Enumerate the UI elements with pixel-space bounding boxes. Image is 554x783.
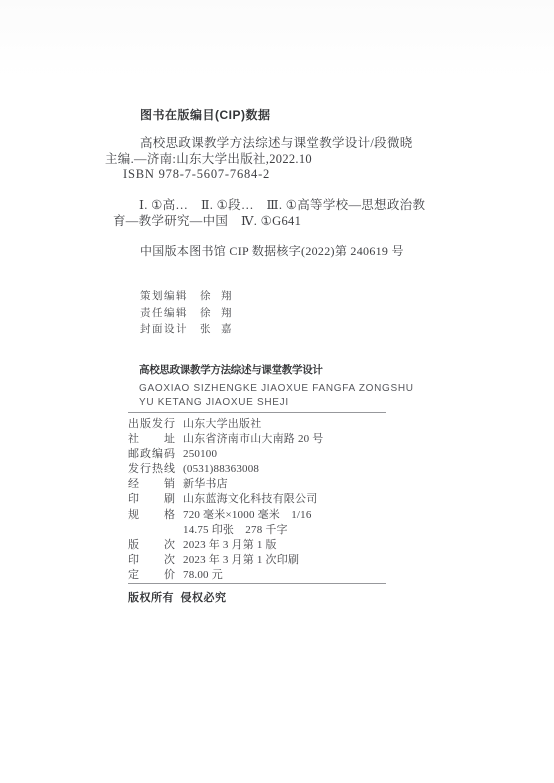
- book-title-pinyin-line1: GAOXIAO SIZHENGKE JIAOXUE FANGFA ZONGSHU: [139, 382, 414, 396]
- publication-label: 规格: [128, 508, 175, 523]
- publication-row: 定价78.00 元: [128, 568, 324, 583]
- publication-value: 2023 年 3 月第 1 次印刷: [183, 554, 299, 566]
- cip-description: 高校思政课教学方法综述与课堂教学设计/段微晓 主编.—济南:山东大学出版社,20…: [105, 136, 413, 183]
- credit-label: 封面设计: [140, 324, 188, 335]
- publication-value: 78.00 元: [183, 569, 223, 581]
- publication-label: 印刷: [128, 492, 175, 507]
- cip-classification-line1: Ⅰ. ①高… Ⅱ. ①段… Ⅲ. ①高等学校—思想政治教: [113, 197, 425, 213]
- publication-value: 14.75 印张 278 千字: [183, 524, 288, 536]
- cip-description-line2: 主编.—济南:山东大学出版社,2022.10: [105, 152, 413, 168]
- publication-info: 出版发行山东大学出版社 社址山东省济南市山大南路 20 号 邮政编码250100…: [128, 417, 324, 583]
- publication-row: 社址山东省济南市山大南路 20 号: [128, 432, 324, 447]
- cip-classification: Ⅰ. ①高… Ⅱ. ①段… Ⅲ. ①高等学校—思想政治教 育—教学研究—中国 Ⅳ…: [113, 197, 425, 229]
- publication-row: 出版发行山东大学出版社: [128, 417, 324, 432]
- credits-list: 策划编辑徐 翔 责任编辑徐 翔 封面设计张 嘉: [140, 289, 232, 339]
- publication-row: 印刷山东蓝海文化科技有限公司: [128, 492, 324, 507]
- publication-value: 山东大学出版社: [183, 418, 261, 430]
- publication-value: (0531)88363008: [183, 463, 259, 475]
- publication-label: 印次: [128, 553, 175, 568]
- title-block: 高校思政课教学方法综述与课堂教学设计 GAOXIAO SIZHENGKE JIA…: [139, 362, 414, 410]
- cip-classification-line2: 育—教学研究—中国 Ⅳ. ①G641: [113, 213, 425, 229]
- credit-label: 策划编辑: [140, 291, 188, 302]
- cip-description-line3-isbn: ISBN 978-7-5607-7684-2: [105, 167, 413, 183]
- credit-value: 徐 翔: [200, 291, 232, 302]
- book-title-pinyin-line2: YU KETANG JIAOXUE SHEJI: [139, 396, 414, 410]
- credit-row: 封面设计张 嘉: [140, 322, 232, 339]
- credit-row: 策划编辑徐 翔: [140, 289, 232, 306]
- publication-value: 山东省济南市山大南路 20 号: [183, 433, 324, 445]
- publication-value: 2023 年 3 月第 1 版: [183, 539, 277, 551]
- publication-label: 定价: [128, 568, 175, 583]
- publication-value: 山东蓝海文化科技有限公司: [183, 493, 317, 505]
- publication-label: 发行热线: [128, 462, 175, 477]
- publication-value: 250100: [183, 448, 217, 460]
- divider-bottom: [128, 583, 386, 584]
- publication-label: 版次: [128, 538, 175, 553]
- divider-top: [128, 412, 386, 413]
- publication-row-continuation: 14.75 印张 278 千字: [128, 523, 324, 538]
- cip-description-line1: 高校思政课教学方法综述与课堂教学设计/段微晓: [105, 136, 413, 152]
- copyright-notice: 版权所有 侵权必究: [128, 589, 227, 605]
- publication-label: 邮政编码: [128, 447, 175, 462]
- colophon-page: 图书在版编目(CIP)数据 高校思政课教学方法综述与课堂教学设计/段微晓 主编.…: [0, 0, 554, 783]
- publication-value: 新华书店: [183, 478, 228, 490]
- book-title: 高校思政课教学方法综述与课堂教学设计: [139, 362, 414, 377]
- publication-label: 出版发行: [128, 417, 175, 432]
- credit-value: 徐 翔: [200, 308, 232, 319]
- publication-row: 发行热线(0531)88363008: [128, 462, 324, 477]
- credit-label: 责任编辑: [140, 308, 188, 319]
- publication-row: 经销新华书店: [128, 477, 324, 492]
- credit-row: 责任编辑徐 翔: [140, 306, 232, 323]
- publication-value: 720 毫米×1000 毫米 1/16: [183, 509, 312, 521]
- publication-label: 社址: [128, 432, 175, 447]
- publication-label: 经销: [128, 477, 175, 492]
- publication-row: 印次2023 年 3 月第 1 次印刷: [128, 553, 324, 568]
- cip-header: 图书在版编目(CIP)数据: [140, 106, 271, 123]
- credit-value: 张 嘉: [200, 324, 232, 335]
- publication-row: 邮政编码250100: [128, 447, 324, 462]
- publication-row: 规格720 毫米×1000 毫米 1/16: [128, 508, 324, 523]
- publication-row: 版次2023 年 3 月第 1 版: [128, 538, 324, 553]
- cip-record-number: 中国版本图书馆 CIP 数据核字(2022)第 240619 号: [140, 242, 404, 259]
